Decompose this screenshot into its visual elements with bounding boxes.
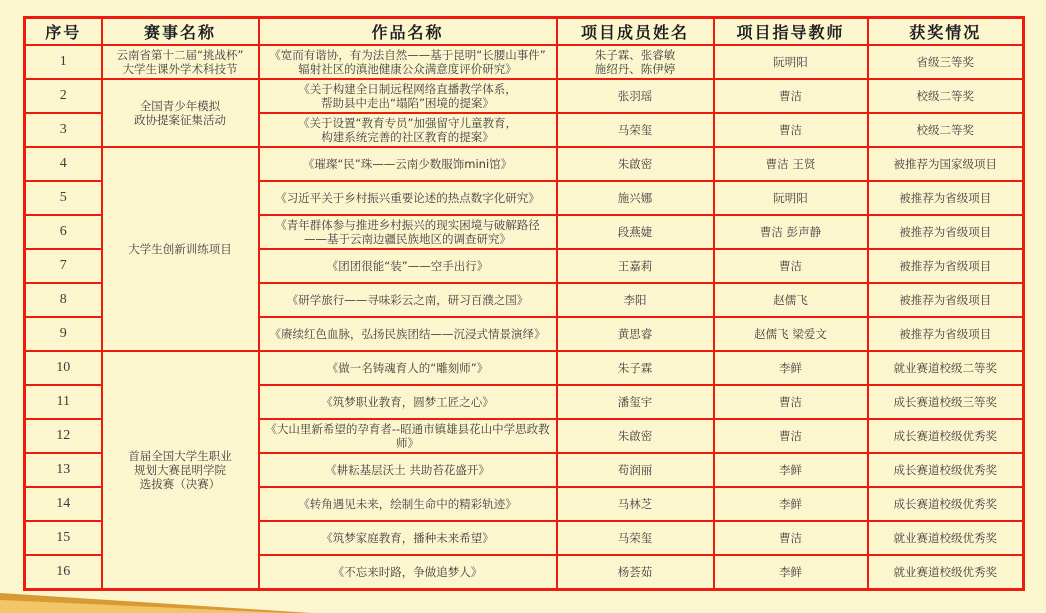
cell-work: 《做一名铸魂育人的“雕刻师”》 [259, 351, 557, 385]
cell-members: 马荣玺 [557, 521, 714, 555]
cell-members: 李阳 [557, 283, 714, 317]
column-header-teachers: 项目指导教师 [714, 18, 868, 46]
cell-award: 成长赛道校级优秀奖 [868, 487, 1024, 521]
corner-ribbon-light-decoration [0, 600, 288, 613]
cell-event: 全国青少年模拟 政协提案征集活动 [102, 79, 259, 147]
column-header-members: 项目成员姓名 [557, 18, 714, 46]
cell-teachers: 曹洁 [714, 249, 868, 283]
table-row: 1云南省第十二届“挑战杯” 大学生课外学术科技节《宽而有谐协，有为法自然——基于… [25, 45, 1024, 79]
column-header-award: 获奖情况 [868, 18, 1024, 46]
header-row: 序号赛事名称作品名称项目成员姓名项目指导教师获奖情况 [25, 18, 1024, 46]
corner-ribbon-dark-decoration [0, 593, 312, 613]
cell-event: 云南省第十二届“挑战杯” 大学生课外学术科技节 [102, 45, 259, 79]
cell-no: 2 [25, 79, 102, 113]
cell-award: 成长赛道校级三等奖 [868, 385, 1024, 419]
cell-no: 6 [25, 215, 102, 249]
awards-table: 序号赛事名称作品名称项目成员姓名项目指导教师获奖情况 1云南省第十二届“挑战杯”… [23, 16, 1025, 591]
cell-members: 施兴娜 [557, 181, 714, 215]
cell-work: 《团团很能“装”——空手出行》 [259, 249, 557, 283]
cell-event: 大学生创新训练项目 [102, 147, 259, 351]
cell-members: 马荣玺 [557, 113, 714, 147]
cell-award: 被推荐为省级项目 [868, 249, 1024, 283]
cell-teachers: 曹洁 [714, 385, 868, 419]
table-row: 4大学生创新训练项目《璀璨“民”珠——云南少数服饰mini馆》朱啟密曹洁 王贤被… [25, 147, 1024, 181]
cell-teachers: 李鲜 [714, 555, 868, 590]
cell-members: 苟润丽 [557, 453, 714, 487]
cell-teachers: 曹洁 [714, 79, 868, 113]
cell-teachers: 曹洁 王贤 [714, 147, 868, 181]
cell-teachers: 曹洁 彭声静 [714, 215, 868, 249]
cell-members: 朱啟密 [557, 147, 714, 181]
table-header: 序号赛事名称作品名称项目成员姓名项目指导教师获奖情况 [25, 18, 1024, 46]
cell-no: 12 [25, 419, 102, 453]
cell-no: 15 [25, 521, 102, 555]
cell-no: 14 [25, 487, 102, 521]
cell-award: 省级三等奖 [868, 45, 1024, 79]
cell-teachers: 李鲜 [714, 453, 868, 487]
cell-teachers: 赵儒飞 [714, 283, 868, 317]
cell-award: 成长赛道校级优秀奖 [868, 453, 1024, 487]
cell-award: 校级二等奖 [868, 79, 1024, 113]
cell-members: 潘玺宇 [557, 385, 714, 419]
cell-teachers: 阮明阳 [714, 181, 868, 215]
table-row: 2全国青少年模拟 政协提案征集活动《关于构建全日制远程网络直播教学体系， 帮助县… [25, 79, 1024, 113]
cell-teachers: 曹洁 [714, 521, 868, 555]
cell-award: 就业赛道校级优秀奖 [868, 555, 1024, 590]
cell-no: 9 [25, 317, 102, 351]
cell-work: 《青年群体参与推进乡村振兴的现实困境与破解路径 ——基于云南边疆民族地区的调查研… [259, 215, 557, 249]
cell-members: 王嘉莉 [557, 249, 714, 283]
cell-award: 成长赛道校级优秀奖 [868, 419, 1024, 453]
cell-work: 《璀璨“民”珠——云南少数服饰mini馆》 [259, 147, 557, 181]
column-header-no: 序号 [25, 18, 102, 46]
cell-members: 朱子霖、张睿敏 施绍丹、陈伊婷 [557, 45, 714, 79]
cell-work: 《转角遇见未来，绘制生命中的精彩轨迹》 [259, 487, 557, 521]
cell-no: 10 [25, 351, 102, 385]
cell-no: 4 [25, 147, 102, 181]
cell-award: 校级二等奖 [868, 113, 1024, 147]
cell-no: 16 [25, 555, 102, 590]
cell-members: 朱子霖 [557, 351, 714, 385]
cell-teachers: 曹洁 [714, 419, 868, 453]
cell-award: 被推荐为国家级项目 [868, 147, 1024, 181]
cell-no: 7 [25, 249, 102, 283]
cell-award: 就业赛道校级二等奖 [868, 351, 1024, 385]
cell-no: 3 [25, 113, 102, 147]
cell-members: 张羽瑶 [557, 79, 714, 113]
cell-teachers: 曹洁 [714, 113, 868, 147]
column-header-event: 赛事名称 [102, 18, 259, 46]
cell-no: 13 [25, 453, 102, 487]
cell-work: 《研学旅行——寻味彩云之南，研习百濮之国》 [259, 283, 557, 317]
cell-work: 《关于构建全日制远程网络直播教学体系， 帮助县中走出“塌陷”困境的提案》 [259, 79, 557, 113]
cell-work: 《习近平关于乡村振兴重要论述的热点数字化研究》 [259, 181, 557, 215]
cell-members: 杨荟茹 [557, 555, 714, 590]
cell-work: 《筑梦职业教育，圆梦工匠之心》 [259, 385, 557, 419]
cell-no: 1 [25, 45, 102, 79]
cell-work: 《大山里新希望的孕育者--昭通市镇雄县花山中学思政教师》 [259, 419, 557, 453]
cell-teachers: 李鲜 [714, 487, 868, 521]
column-header-work: 作品名称 [259, 18, 557, 46]
cell-work: 《不忘来时路，争做追梦人》 [259, 555, 557, 590]
cell-members: 朱啟密 [557, 419, 714, 453]
cell-teachers: 赵儒飞 梁爱文 [714, 317, 868, 351]
cell-teachers: 李鲜 [714, 351, 868, 385]
cell-work: 《赓续红色血脉，弘扬民族团结——沉浸式情景演绎》 [259, 317, 557, 351]
cell-work: 《宽而有谐协，有为法自然——基于昆明“长腰山事件” 辐射社区的滇池健康公众满意度… [259, 45, 557, 79]
table-row: 10首届全国大学生职业 规划大赛昆明学院 选拔赛（决赛）《做一名铸魂育人的“雕刻… [25, 351, 1024, 385]
table-body: 1云南省第十二届“挑战杯” 大学生课外学术科技节《宽而有谐协，有为法自然——基于… [25, 45, 1024, 590]
cell-members: 马林芝 [557, 487, 714, 521]
cell-teachers: 阮明阳 [714, 45, 868, 79]
cell-no: 8 [25, 283, 102, 317]
cell-no: 5 [25, 181, 102, 215]
cell-award: 就业赛道校级优秀奖 [868, 521, 1024, 555]
cell-event: 首届全国大学生职业 规划大赛昆明学院 选拔赛（决赛） [102, 351, 259, 590]
cell-members: 段燕婕 [557, 215, 714, 249]
cell-members: 黄思睿 [557, 317, 714, 351]
cell-work: 《关于设置“教育专员”加强留守儿童教育， 构建系统完善的社区教育的提案》 [259, 113, 557, 147]
cell-no: 11 [25, 385, 102, 419]
cell-award: 被推荐为省级项目 [868, 283, 1024, 317]
cell-award: 被推荐为省级项目 [868, 181, 1024, 215]
cell-award: 被推荐为省级项目 [868, 215, 1024, 249]
cell-work: 《筑梦家庭教育，播种未来希望》 [259, 521, 557, 555]
cell-award: 被推荐为省级项目 [868, 317, 1024, 351]
cell-work: 《耕耘基层沃土 共助苔花盛开》 [259, 453, 557, 487]
